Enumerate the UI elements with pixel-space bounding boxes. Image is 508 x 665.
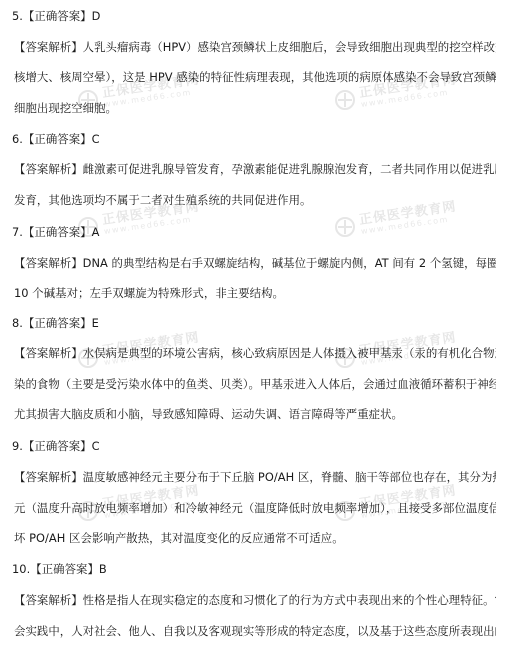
analysis-line: 【答案解析】水俣病是典型的环境公害病，核心致病原因是人体摄入被甲基汞（汞的有机化… — [14, 345, 496, 361]
item-number: 9. — [12, 439, 23, 453]
analysis-label: 【答案解析】 — [14, 470, 83, 484]
analysis-line: 【答案解析】雌激素可促进乳腺导管发育，孕激素能促进乳腺腺泡发育，二者共同作用以促… — [14, 161, 496, 177]
item-number: 5. — [12, 9, 23, 23]
answer-label: 【正确答案】 — [23, 132, 92, 146]
analysis-line: 核增大、核周空晕），这是 HPV 感染的特征性病理表现，其他选项的病原体感染不会… — [14, 69, 496, 85]
answer-document: 正保医学教育网 www.med66.com 正保医学教育网 www.med66.… — [0, 0, 508, 665]
answer-heading-10: 10.【正确答案】B — [12, 561, 494, 577]
item-number: 7. — [12, 225, 23, 239]
analysis-label: 【答案解析】 — [14, 162, 83, 176]
answer-label: 【正确答案】 — [23, 316, 92, 330]
item-number: 8. — [12, 316, 23, 330]
analysis-text: 温度敏感神经元主要分布于下丘脑 PO/AH 区，脊髓、脑干等部位也存在，其分为热… — [83, 470, 496, 484]
answer-value: D — [92, 9, 101, 23]
answer-label: 【正确答案】 — [23, 9, 92, 23]
analysis-label: 【答案解析】 — [14, 40, 83, 54]
analysis-line: 坏 PO/AH 区会影响产散热，其对温度变化的反应通常不可适应。 — [14, 530, 496, 546]
analysis-line: 发育，其他选项均不属于二者对生殖系统的共同促进作用。 — [14, 192, 496, 208]
analysis-label: 【答案解析】 — [14, 256, 83, 270]
analysis-label: 【答案解析】 — [14, 593, 83, 607]
answer-value: B — [99, 562, 107, 576]
answer-value: C — [92, 439, 100, 453]
analysis-line: 【答案解析】DNA 的典型结构是右手双螺旋结构，碱基位于螺旋内侧，AT 间有 2… — [14, 255, 496, 271]
answer-heading-5: 5.【正确答案】D — [12, 8, 494, 24]
analysis-line: 【答案解析】温度敏感神经元主要分布于下丘脑 PO/AH 区，脊髓、脑干等部位也存… — [14, 469, 496, 485]
answer-heading-7: 7.【正确答案】A — [12, 224, 494, 240]
analysis-text: 核增大、核周空晕），这是 HPV 感染的特征性病理表现，其他选项的病原体感染不会… — [14, 70, 496, 84]
analysis-line: 会实践中，人对社会、他人、自我以及客观现实等形成的特定态度，以及基于这些态度所表… — [14, 623, 496, 639]
answer-value: A — [92, 225, 100, 239]
analysis-text: 细胞出现挖空细胞。 — [14, 101, 117, 115]
analysis-text: 10 个碱基对；左手双螺旋为特殊形式，非主要结构。 — [14, 286, 284, 300]
analysis-line: 【答案解析】人乳头瘤病毒（HPV）感染宫颈鳞状上皮细胞后，会导致细胞出现典型的挖… — [14, 39, 496, 55]
analysis-text: 元（温度升高时放电频率增加）和冷敏神经元（温度降低时放电频率增加），且接受多部位… — [14, 501, 496, 515]
analysis-line: 尤其损害大脑皮质和小脑，导致感知障碍、运动失调、语言障碍等严重症状。 — [14, 406, 496, 422]
analysis-text: 水俣病是典型的环境公害病，核心致病原因是人体摄入被甲基汞（汞的有机化合物形式）污 — [83, 346, 496, 360]
item-number: 6. — [12, 132, 23, 146]
item-number: 10. — [12, 562, 30, 576]
answer-label: 【正确答案】 — [23, 439, 92, 453]
answer-value: C — [92, 132, 100, 146]
answer-heading-6: 6.【正确答案】C — [12, 131, 494, 147]
analysis-label: 【答案解析】 — [14, 346, 83, 360]
analysis-line: 元（温度升高时放电频率增加）和冷敏神经元（温度降低时放电频率增加），且接受多部位… — [14, 500, 496, 516]
analysis-text: 染的食物（主要是受污染水体中的鱼类、贝类）。甲基汞进入人体后，会通过血液循环蓄积… — [14, 377, 496, 391]
analysis-text: 坏 PO/AH 区会影响产散热，其对温度变化的反应通常不可适应。 — [14, 531, 344, 545]
answer-label: 【正确答案】 — [23, 225, 92, 239]
analysis-line: 10 个碱基对；左手双螺旋为特殊形式，非主要结构。 — [14, 285, 496, 301]
analysis-text: 发育，其他选项均不属于二者对生殖系统的共同促进作用。 — [14, 193, 311, 207]
analysis-text: 雌激素可促进乳腺导管发育，孕激素能促进乳腺腺泡发育，二者共同作用以促进乳腺的整体 — [83, 162, 496, 176]
analysis-text: 尤其损害大脑皮质和小脑，导致感知障碍、运动失调、语言障碍等严重症状。 — [14, 407, 403, 421]
analysis-line: 细胞出现挖空细胞。 — [14, 100, 496, 116]
answer-label: 【正确答案】 — [30, 562, 99, 576]
answer-heading-8: 8.【正确答案】E — [12, 315, 494, 331]
analysis-line: 染的食物（主要是受污染水体中的鱼类、贝类）。甲基汞进入人体后，会通过血液循环蓄积… — [14, 376, 496, 392]
analysis-text: DNA 的典型结构是右手双螺旋结构，碱基位于螺旋内侧，AT 间有 2 个氢键，每… — [83, 256, 496, 270]
answer-heading-9: 9.【正确答案】C — [12, 438, 494, 454]
analysis-line: 【答案解析】性格是指人在现实稳定的态度和习惯化了的行为方式中表现出来的个性心理特… — [14, 592, 496, 608]
analysis-text: 人乳头瘤病毒（HPV）感染宫颈鳞状上皮细胞后，会导致细胞出现典型的挖空样改变（细… — [83, 40, 496, 54]
answer-value: E — [92, 316, 99, 330]
analysis-text: 性格是指人在现实稳定的态度和习惯化了的行为方式中表现出来的个性心理特征。它是在社 — [83, 593, 496, 607]
analysis-text: 会实践中，人对社会、他人、自我以及客观现实等形成的特定态度，以及基于这些态度所表… — [14, 624, 496, 638]
